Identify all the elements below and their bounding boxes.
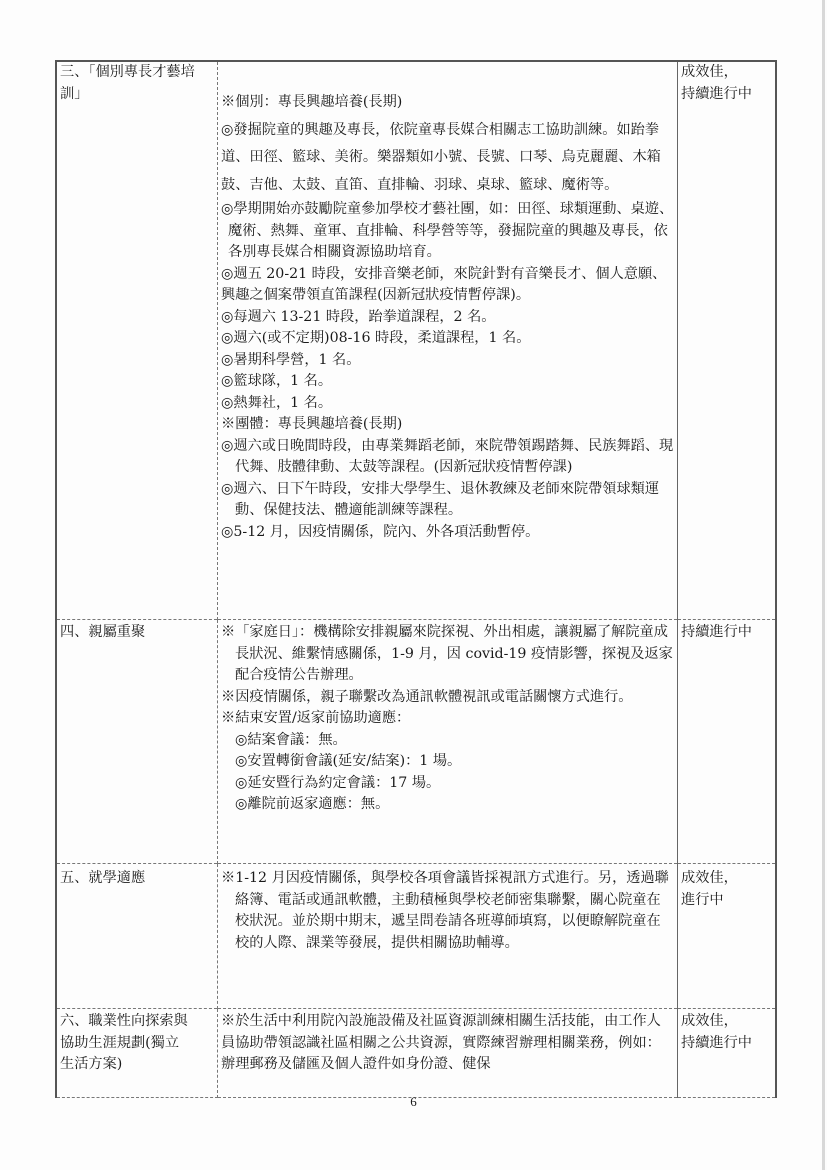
program-table: 三、「個別專長才藝培 訓」 ※個別：專長興趣培養(長期) ◎發掘院童的興趣及專長… [55,60,777,1098]
item-label: 四、親屬重聚 [60,622,214,644]
scan-edge [822,0,825,1170]
content-heading: ※結束安置/返家前協助適應： [221,708,674,730]
item-label-line: 六、職業性向探索與 [60,1011,214,1033]
sub-item: ◎安置轉銜會議(延安/結案)：1 場。 [221,751,674,773]
content-cell: ※「家庭日」：機構除安排親屬來院探視、外出相處，讓親屬了解院童成長狀況、維繫情感… [218,620,678,864]
content-item: ◎週六(或不定期)08-16 時段，柔道課程，1 名。 [221,328,674,350]
content-item: ◎發掘院童的興趣及專長，依院童專長媒合相關志工協助訓練。如跆拳道、田徑、籃球、美… [221,117,674,200]
item-label: 五、就學適應 [60,868,214,890]
table-row-talent-training: 三、「個別專長才藝培 訓」 ※個別：專長興趣培養(長期) ◎發掘院童的興趣及專長… [56,61,776,620]
content-heading: ※團體：專長興趣培養(長期) [221,414,674,436]
item-label-line: 三、「個別專長才藝培 [60,62,214,84]
document-page: 三、「個別專長才藝培 訓」 ※個別：專長興趣培養(長期) ◎發掘院童的興趣及專長… [0,0,827,1170]
status-text: 持續進行中 [681,1033,772,1055]
content-cell: ※個別：專長興趣培養(長期) ◎發掘院童的興趣及專長，依院童專長媒合相關志工協助… [218,61,678,620]
content-item: ◎學期開始亦鼓勵院童參加學校才藝社團，如：田徑、球類運動、桌遊、魔術、熱舞、童軍… [221,199,674,264]
status-cell: 成效佳， 進行中 [678,864,777,1009]
content-heading: ※個別：專長興趣培養(長期) [221,83,674,117]
table-row-career-exploration: 六、職業性向探索與 協助生涯規劃(獨立 生活方案) ※於生活中利用院內設施設備及… [56,1009,776,1098]
status-text: 成效佳， [681,62,772,84]
content-item: ※1-12 月因疫情關係，與學校各項會議皆採視訊方式進行。另，透過聯絡簿、電話或… [221,868,674,954]
status-text: 成效佳， [681,868,772,890]
item-label-line: 協助生涯規劃(獨立 [60,1033,214,1055]
item-cell: 四、親屬重聚 [56,620,218,864]
item-cell: 三、「個別專長才藝培 訓」 [56,61,218,620]
status-cell: 成效佳， 持續進行中 [678,61,777,620]
sub-item: ◎結案會議：無。 [221,730,674,752]
content-item: ※「家庭日」：機構除安排親屬來院探視、外出相處，讓親屬了解院童成長狀況、維繫情感… [221,622,674,687]
sub-item: ◎離院前返家適應：無。 [221,794,674,816]
content-item: ◎週六或日晚間時段，由專業舞蹈老師，來院帶領踢踏舞、民族舞蹈、現代舞、肢體律動、… [221,436,674,479]
spacer [221,62,674,83]
content-item: ◎每週六 13-21 時段，跆拳道課程，2 名。 [221,307,674,329]
status-text: 持續進行中 [681,622,772,644]
sub-item: ◎延安暨行為約定會議：17 場。 [221,773,674,795]
status-text: 持續進行中 [681,84,772,106]
content-item: ※因疫情關係，親子聯繫改為通訊軟體視訊或電話關懷方式進行。 [221,687,674,709]
content-item: ◎5-12 月，因疫情關係，院內、外各項活動暫停。 [221,522,674,544]
table-row-family-reunion: 四、親屬重聚 ※「家庭日」：機構除安排親屬來院探視、外出相處，讓親屬了解院童成長… [56,620,776,864]
content-item: ◎籃球隊，1 名。 [221,371,674,393]
table-row-school-adaptation: 五、就學適應 ※1-12 月因疫情關係，與學校各項會議皆採視訊方式進行。另，透過… [56,864,776,1009]
status-text: 進行中 [681,890,772,912]
content-item: ※於生活中利用院內設施設備及社區資源訓練相關生活技能，由工作人員協助帶領認識社區… [221,1011,674,1076]
content-item: ◎週五 20-21 時段，安排音樂老師，來院針對有音樂長才、個人意願、興趣之個案… [221,264,674,307]
content-item: ◎週六、日下午時段，安排大學學生、退休教練及老師來院帶領球類運動、保健技法、體適… [221,479,674,522]
content-item: ◎暑期科學營，1 名。 [221,350,674,372]
status-text: 成效佳， [681,1011,772,1033]
item-label-line: 訓」 [60,84,214,106]
status-cell: 成效佳， 持續進行中 [678,1009,777,1098]
item-cell: 五、就學適應 [56,864,218,1009]
content-cell: ※於生活中利用院內設施設備及社區資源訓練相關生活技能，由工作人員協助帶領認識社區… [218,1009,678,1098]
item-cell: 六、職業性向探索與 協助生涯規劃(獨立 生活方案) [56,1009,218,1098]
page-number: 6 [0,1094,827,1110]
status-cell: 持續進行中 [678,620,777,864]
content-item: ◎熱舞社，1 名。 [221,393,674,415]
item-label-line: 生活方案) [60,1054,214,1076]
content-cell: ※1-12 月因疫情關係，與學校各項會議皆採視訊方式進行。另，透過聯絡簿、電話或… [218,864,678,1009]
